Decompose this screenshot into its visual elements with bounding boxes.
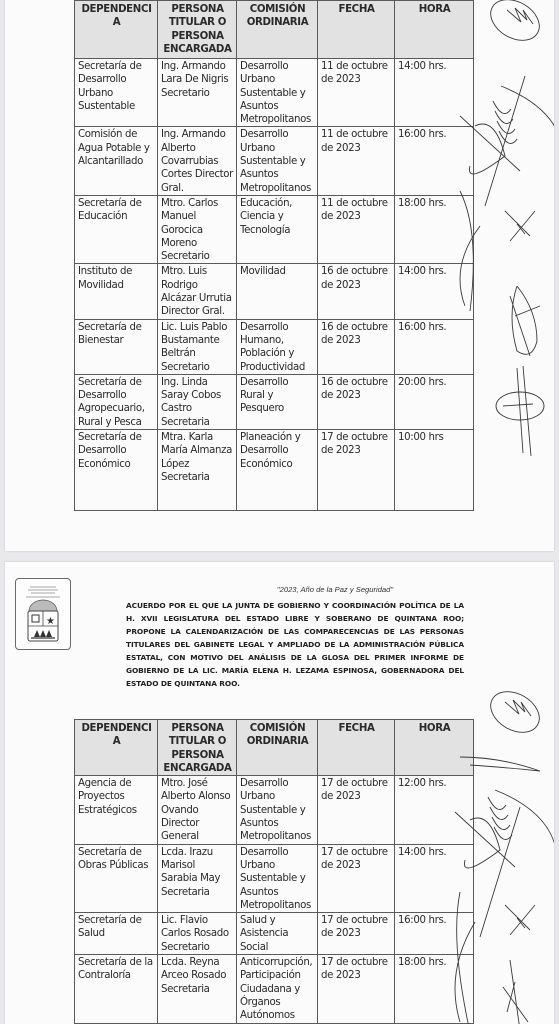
- cell-hora: 18:00 hrs.: [395, 955, 474, 1023]
- table-row: Comisión de Agua Potable y Alcantarillad…: [75, 127, 474, 195]
- cell-comision: Desarrollo Humano, Población y Productiv…: [237, 319, 318, 374]
- table-row: Secretaría de la Contraloría Lcda. Reyna…: [75, 955, 474, 1023]
- header-comision: COMISIÓN ORDINARIA: [237, 720, 318, 776]
- cell-hora: 16:00 hrs.: [395, 127, 474, 195]
- header-persona: PERSONA TITULAR O PERSONA ENCARGADA: [158, 720, 237, 776]
- cell-comision: Desarrollo Urbano Sustentable y Asuntos …: [237, 127, 318, 195]
- cell-persona: Ing. Armando Alberto Covarrubias Cortes …: [158, 127, 237, 195]
- cell-persona: Ing. Linda Saray Cobos Castro Secretaria: [158, 374, 237, 429]
- schedule-table-page-1: DEPENDENCIA PERSONA TITULAR O PERSONA EN…: [74, 0, 474, 511]
- table-row: Secretaría de Desarrollo Urbano Sustenta…: [75, 59, 474, 127]
- cell-hora: 16:00 hrs.: [395, 913, 474, 955]
- cell-fecha: 17 de octubre de 2023: [318, 430, 395, 511]
- cell-fecha: 11 de octubre de 2023: [318, 59, 395, 127]
- cell-dependencia: Secretaría de Desarrollo Urbano Sustenta…: [75, 59, 158, 127]
- cell-fecha: 11 de octubre de 2023: [318, 127, 395, 195]
- header-dependencia: DEPENDENCIA: [75, 720, 158, 776]
- cell-comision: Anticorrupción, Participación Ciudadana …: [237, 955, 318, 1023]
- cell-hora: 16:00 hrs.: [395, 319, 474, 374]
- cell-persona: Mtro. Carlos Manuel Gorocica Moreno Secr…: [158, 195, 237, 263]
- table-row: Secretaría de Obras Públicas Lcda. Irazu…: [75, 844, 474, 912]
- cell-hora: 10:00 hrs: [395, 430, 474, 511]
- cell-fecha: 16 de octubre de 2023: [318, 374, 395, 429]
- cell-fecha: 17 de octubre de 2023: [318, 913, 395, 955]
- cell-dependencia: Secretaría de Salud: [75, 913, 158, 955]
- cell-persona: Mtro. Luis Rodrigo Alcázar Urrutia Direc…: [158, 264, 237, 319]
- cell-dependencia: Agencia de Proyectos Estratégicos: [75, 776, 158, 844]
- cell-hora: 14:00 hrs.: [395, 844, 474, 912]
- cell-dependencia: Secretaría de Desarrollo Económico: [75, 430, 158, 511]
- table-row: Secretaría de Salud Lic. Flavio Carlos R…: [75, 913, 474, 955]
- cell-fecha: 17 de octubre de 2023: [318, 776, 395, 844]
- header-hora: HORA: [395, 720, 474, 776]
- header-fecha: FECHA: [318, 1, 395, 59]
- cell-comision: Movilidad: [237, 264, 318, 319]
- cell-fecha: 16 de octubre de 2023: [318, 264, 395, 319]
- cell-hora: 18:00 hrs.: [395, 195, 474, 263]
- cell-dependencia: Secretaría de Educación: [75, 195, 158, 263]
- cell-dependencia: Secretaría de Bienestar: [75, 319, 158, 374]
- cell-persona: Lcda. Reyna Arceo Rosado Secretaria: [158, 955, 237, 1023]
- cell-hora: 20:00 hrs.: [395, 374, 474, 429]
- cell-dependencia: Instituto de Movilidad: [75, 264, 158, 319]
- document-page-1: DEPENDENCIA PERSONA TITULAR O PERSONA EN…: [5, 0, 554, 551]
- schedule-table-page-2: DEPENDENCIA PERSONA TITULAR O PERSONA EN…: [74, 719, 474, 1024]
- table-header-row: DEPENDENCIA PERSONA TITULAR O PERSONA EN…: [75, 1, 474, 59]
- table-row: Secretaría de Desarrollo Económico Mtra.…: [75, 430, 474, 511]
- cell-persona: Lic. Flavio Carlos Rosado Secretario: [158, 913, 237, 955]
- cell-comision: Desarrollo Rural y Pesquero: [237, 374, 318, 429]
- header-persona: PERSONA TITULAR O PERSONA ENCARGADA: [158, 1, 237, 59]
- cell-fecha: 17 de octubre de 2023: [318, 844, 395, 912]
- cell-hora: 12:00 hrs.: [395, 776, 474, 844]
- table-row: Secretaría de Educación Mtro. Carlos Man…: [75, 195, 474, 263]
- header-comision: COMISIÓN ORDINARIA: [237, 1, 318, 59]
- congreso-quintana-roo-seal-icon: ★: [15, 578, 71, 650]
- cell-comision: Desarrollo Urbano Sustentable y Asuntos …: [237, 59, 318, 127]
- table-header-row: DEPENDENCIA PERSONA TITULAR O PERSONA EN…: [75, 720, 474, 776]
- header-hora: HORA: [395, 1, 474, 59]
- cell-persona: Mtro. José Alberto Alonso Ovando Directo…: [158, 776, 237, 844]
- cell-comision: Desarrollo Urbano Sustentable y Asuntos …: [237, 776, 318, 844]
- cell-comision: Salud y Asistencia Social: [237, 913, 318, 955]
- cell-fecha: 16 de octubre de 2023: [318, 319, 395, 374]
- cell-hora: 14:00 hrs.: [395, 59, 474, 127]
- table-row: Secretaría de Desarrollo Agropecuario, R…: [75, 374, 474, 429]
- agreement-title: ACUERDO POR EL QUE LA JUNTA DE GOBIERNO …: [126, 599, 464, 690]
- cell-comision: Desarrollo Urbano Sustentable y Asuntos …: [237, 844, 318, 912]
- cell-comision: Educación, Ciencia y Tecnología: [237, 195, 318, 263]
- table-row: Agencia de Proyectos Estratégicos Mtro. …: [75, 776, 474, 844]
- document-motto: "2023, Año de la Paz y Seguridad": [185, 585, 485, 594]
- cell-dependencia: Secretaría de Obras Públicas: [75, 844, 158, 912]
- document-page-2: ★ "2023, Año de la Paz y Seguridad" ACUE…: [5, 562, 554, 1024]
- cell-hora: 14:00 hrs.: [395, 264, 474, 319]
- cell-dependencia: Secretaría de la Contraloría: [75, 955, 158, 1023]
- cell-persona: Lcda. Irazu Marisol Sarabia May Secretar…: [158, 844, 237, 912]
- svg-text:★: ★: [46, 616, 55, 627]
- cell-dependencia: Comisión de Agua Potable y Alcantarillad…: [75, 127, 158, 195]
- cell-comision: Planeación y Desarrollo Económico: [237, 430, 318, 511]
- table-row: Secretaría de Bienestar Lic. Luis Pablo …: [75, 319, 474, 374]
- header-fecha: FECHA: [318, 720, 395, 776]
- cell-persona: Mtra. Karla María Almanza López Secretar…: [158, 430, 237, 511]
- cell-dependencia: Secretaría de Desarrollo Agropecuario, R…: [75, 374, 158, 429]
- cell-persona: Ing. Armando Lara De Nigris Secretario: [158, 59, 237, 127]
- header-dependencia: DEPENDENCIA: [75, 1, 158, 59]
- cell-fecha: 17 de octubre de 2023: [318, 955, 395, 1023]
- cell-fecha: 11 de octubre de 2023: [318, 195, 395, 263]
- cell-persona: Lic. Luis Pablo Bustamante Beltrán Secre…: [158, 319, 237, 374]
- table-row: Instituto de Movilidad Mtro. Luis Rodrig…: [75, 264, 474, 319]
